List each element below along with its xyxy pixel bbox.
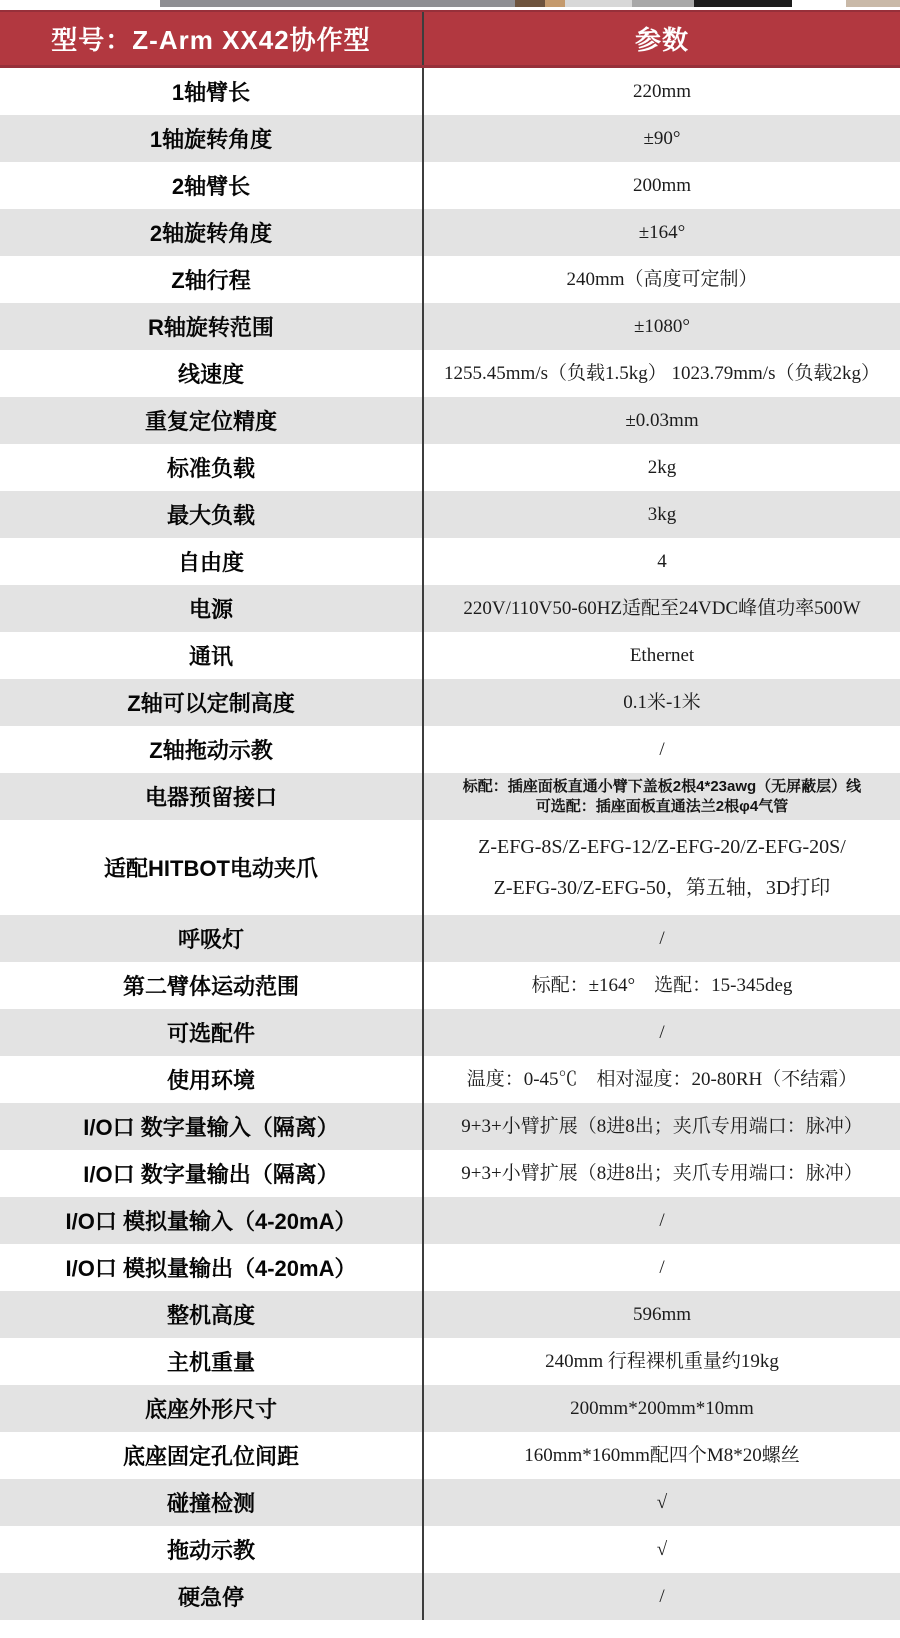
spec-value-line: / bbox=[659, 1585, 664, 1609]
spec-row: 主机重量240mm 行程裸机重量约19kg bbox=[0, 1338, 900, 1385]
spec-value: 240mm 行程裸机重量约19kg bbox=[424, 1338, 900, 1385]
spec-value: / bbox=[424, 1197, 900, 1244]
spec-value-line: / bbox=[659, 1256, 664, 1280]
spec-row: 1轴旋转角度±90° bbox=[0, 115, 900, 162]
spec-row: 可选配件/ bbox=[0, 1009, 900, 1056]
spec-label: 底座外形尺寸 bbox=[0, 1385, 424, 1432]
spec-label: 硬急停 bbox=[0, 1573, 424, 1620]
photo-remnant bbox=[515, 0, 545, 7]
spec-row: 电器预留接口标配：插座面板直通小臂下盖板2根4*23awg（无屏蔽层）线可选配：… bbox=[0, 773, 900, 820]
spec-value-line: 9+3+小臂扩展（8进8出；夹爪专用端口：脉冲） bbox=[461, 1162, 862, 1186]
spec-value-line: ±0.03mm bbox=[625, 409, 698, 433]
spec-row: 碰撞检测√ bbox=[0, 1479, 900, 1526]
spec-value-line: 220mm bbox=[633, 80, 691, 104]
spec-value: ±90° bbox=[424, 115, 900, 162]
spec-row: 底座外形尺寸200mm*200mm*10mm bbox=[0, 1385, 900, 1432]
spec-value-line: 0.1米-1米 bbox=[623, 691, 701, 715]
spec-value: 220mm bbox=[424, 68, 900, 115]
spec-label: 整机高度 bbox=[0, 1291, 424, 1338]
spec-row: 重复定位精度±0.03mm bbox=[0, 397, 900, 444]
spec-value: 200mm bbox=[424, 162, 900, 209]
spec-value: / bbox=[424, 1573, 900, 1620]
photo-remnant bbox=[545, 0, 565, 7]
spec-label: 1轴臂长 bbox=[0, 68, 424, 115]
spec-value: Z-EFG-8S/Z-EFG-12/Z-EFG-20/Z-EFG-20S/Z-E… bbox=[424, 820, 900, 915]
spec-row: 1轴臂长220mm bbox=[0, 68, 900, 115]
spec-row: 拖动示教√ bbox=[0, 1526, 900, 1573]
spec-value-line: / bbox=[659, 738, 664, 762]
spec-label: Z轴行程 bbox=[0, 256, 424, 303]
spec-value-line: 240mm（高度可定制） bbox=[566, 268, 757, 292]
spec-label: I/O口 数字量输入（隔离） bbox=[0, 1103, 424, 1150]
spec-value: 0.1米-1米 bbox=[424, 679, 900, 726]
spec-value-line: 2kg bbox=[648, 456, 677, 480]
spec-label: Z轴可以定制高度 bbox=[0, 679, 424, 726]
spec-label: 主机重量 bbox=[0, 1338, 424, 1385]
spec-value: √ bbox=[424, 1479, 900, 1526]
spec-value: / bbox=[424, 1244, 900, 1291]
spec-value: 240mm（高度可定制） bbox=[424, 256, 900, 303]
spec-value-line: 596mm bbox=[633, 1303, 691, 1327]
spec-value: 9+3+小臂扩展（8进8出；夹爪专用端口：脉冲） bbox=[424, 1103, 900, 1150]
spec-row: 呼吸灯/ bbox=[0, 915, 900, 962]
spec-row: I/O口 数字量输出（隔离）9+3+小臂扩展（8进8出；夹爪专用端口：脉冲） bbox=[0, 1150, 900, 1197]
spec-label: 碰撞检测 bbox=[0, 1479, 424, 1526]
spec-label: 可选配件 bbox=[0, 1009, 424, 1056]
spec-label: 使用环境 bbox=[0, 1056, 424, 1103]
spec-label: I/O口 模拟量输出（4-20mA） bbox=[0, 1244, 424, 1291]
photo-remnant bbox=[632, 0, 694, 7]
spec-value-line: √ bbox=[657, 1538, 667, 1562]
spec-value: 温度：0-45℃ 相对湿度：20-80RH（不结霜） bbox=[424, 1056, 900, 1103]
spec-row: 通讯Ethernet bbox=[0, 632, 900, 679]
spec-table-body: 1轴臂长220mm1轴旋转角度±90°2轴臂长200mm2轴旋转角度±164°Z… bbox=[0, 68, 900, 1620]
spec-value-line: 160mm*160mm配四个M8*20螺丝 bbox=[524, 1444, 800, 1468]
spec-label: 电器预留接口 bbox=[0, 773, 424, 820]
spec-row: I/O口 模拟量输入（4-20mA）/ bbox=[0, 1197, 900, 1244]
spec-value: 3kg bbox=[424, 491, 900, 538]
spec-row: 2轴臂长200mm bbox=[0, 162, 900, 209]
spec-value: 596mm bbox=[424, 1291, 900, 1338]
spec-value-line: / bbox=[659, 1209, 664, 1233]
spec-value: 9+3+小臂扩展（8进8出；夹爪专用端口：脉冲） bbox=[424, 1150, 900, 1197]
photo-remnant bbox=[846, 0, 900, 7]
spec-table: 型号：Z-Arm XX42协作型 参数 1轴臂长220mm1轴旋转角度±90°2… bbox=[0, 10, 900, 1635]
spec-label: I/O口 数字量输出（隔离） bbox=[0, 1150, 424, 1197]
spec-label: 拖动示教 bbox=[0, 1526, 424, 1573]
spec-row: Z轴行程240mm（高度可定制） bbox=[0, 256, 900, 303]
spec-value-line: ±164° bbox=[639, 221, 686, 245]
spec-value: 标配：±164° 选配：15-345deg bbox=[424, 962, 900, 1009]
spec-table-header: 型号：Z-Arm XX42协作型 参数 bbox=[0, 10, 900, 68]
spec-value-line: 1255.45mm/s（负载1.5kg） 1023.79mm/s（负载2kg） bbox=[444, 362, 880, 386]
spec-value: 1255.45mm/s（负载1.5kg） 1023.79mm/s（负载2kg） bbox=[424, 350, 900, 397]
spec-value-line: 4 bbox=[657, 550, 667, 574]
spec-value: 220V/110V50-60HZ适配至24VDC峰值功率500W bbox=[424, 585, 900, 632]
spec-label: 2轴臂长 bbox=[0, 162, 424, 209]
spec-value: / bbox=[424, 726, 900, 773]
spec-row: Z轴可以定制高度0.1米-1米 bbox=[0, 679, 900, 726]
spec-row: I/O口 模拟量输出（4-20mA）/ bbox=[0, 1244, 900, 1291]
spec-row: 最大负载3kg bbox=[0, 491, 900, 538]
spec-row: 使用环境温度：0-45℃ 相对湿度：20-80RH（不结霜） bbox=[0, 1056, 900, 1103]
spec-value-line: 标配：插座面板直通小臂下盖板2根4*23awg（无屏蔽层）线 bbox=[463, 777, 861, 797]
spec-label: 第二臂体运动范围 bbox=[0, 962, 424, 1009]
spec-row: Z轴拖动示教/ bbox=[0, 726, 900, 773]
spec-label: 标准负载 bbox=[0, 444, 424, 491]
header-model-title: 型号：Z-Arm XX42协作型 bbox=[0, 12, 424, 65]
spec-row: 自由度4 bbox=[0, 538, 900, 585]
spec-row: 整机高度596mm bbox=[0, 1291, 900, 1338]
spec-label: R轴旋转范围 bbox=[0, 303, 424, 350]
spec-label: 线速度 bbox=[0, 350, 424, 397]
spec-value-line: / bbox=[659, 927, 664, 951]
spec-label: 底座固定孔位间距 bbox=[0, 1432, 424, 1479]
spec-row: 标准负载2kg bbox=[0, 444, 900, 491]
spec-value: ±164° bbox=[424, 209, 900, 256]
spec-label: 最大负载 bbox=[0, 491, 424, 538]
spec-label: I/O口 模拟量输入（4-20mA） bbox=[0, 1197, 424, 1244]
spec-value-line: 可选配：插座面板直通法兰2根φ4气管 bbox=[536, 797, 788, 817]
spec-label: 2轴旋转角度 bbox=[0, 209, 424, 256]
spec-value: ±1080° bbox=[424, 303, 900, 350]
spec-value-line: 3kg bbox=[648, 503, 677, 527]
spec-label: 自由度 bbox=[0, 538, 424, 585]
spec-value-line: 9+3+小臂扩展（8进8出；夹爪专用端口：脉冲） bbox=[461, 1115, 862, 1139]
spec-value: ±0.03mm bbox=[424, 397, 900, 444]
spec-value: 4 bbox=[424, 538, 900, 585]
spec-label: 电源 bbox=[0, 585, 424, 632]
spec-value-line: 温度：0-45℃ 相对湿度：20-80RH（不结霜） bbox=[467, 1068, 858, 1092]
spec-value: / bbox=[424, 1009, 900, 1056]
spec-row: I/O口 数字量输入（隔离）9+3+小臂扩展（8进8出；夹爪专用端口：脉冲） bbox=[0, 1103, 900, 1150]
spec-row: 第二臂体运动范围标配：±164° 选配：15-345deg bbox=[0, 962, 900, 1009]
spec-value-line: ±1080° bbox=[634, 315, 690, 339]
bottom-whitespace bbox=[0, 1620, 900, 1635]
spec-row: R轴旋转范围±1080° bbox=[0, 303, 900, 350]
photo-remnant bbox=[694, 0, 792, 7]
spec-label: 适配HITBOT电动夹爪 bbox=[0, 820, 424, 915]
spec-label: 通讯 bbox=[0, 632, 424, 679]
spec-label: 重复定位精度 bbox=[0, 397, 424, 444]
spec-value-line: Z-EFG-8S/Z-EFG-12/Z-EFG-20/Z-EFG-20S/ bbox=[478, 835, 846, 860]
spec-value: 标配：插座面板直通小臂下盖板2根4*23awg（无屏蔽层）线可选配：插座面板直通… bbox=[424, 773, 900, 820]
spec-row: 底座固定孔位间距160mm*160mm配四个M8*20螺丝 bbox=[0, 1432, 900, 1479]
spec-row: 2轴旋转角度±164° bbox=[0, 209, 900, 256]
spec-value-line: 200mm*200mm*10mm bbox=[570, 1397, 754, 1421]
photo-remnant bbox=[565, 0, 632, 7]
spec-value: 2kg bbox=[424, 444, 900, 491]
spec-value: Ethernet bbox=[424, 632, 900, 679]
header-params-title: 参数 bbox=[424, 12, 900, 65]
spec-value-line: 240mm 行程裸机重量约19kg bbox=[545, 1350, 779, 1374]
spec-value-line: Ethernet bbox=[630, 644, 694, 668]
spec-row: 电源220V/110V50-60HZ适配至24VDC峰值功率500W bbox=[0, 585, 900, 632]
spec-value-line: 标配：±164° 选配：15-345deg bbox=[532, 974, 793, 998]
top-photo-strip bbox=[0, 0, 900, 10]
spec-value-line: 200mm bbox=[633, 174, 691, 198]
spec-row: 硬急停/ bbox=[0, 1573, 900, 1620]
spec-row: 适配HITBOT电动夹爪Z-EFG-8S/Z-EFG-12/Z-EFG-20/Z… bbox=[0, 820, 900, 915]
spec-label: 1轴旋转角度 bbox=[0, 115, 424, 162]
spec-label: 呼吸灯 bbox=[0, 915, 424, 962]
spec-label: Z轴拖动示教 bbox=[0, 726, 424, 773]
spec-value-line: Z-EFG-30/Z-EFG-50，第五轴，3D打印 bbox=[494, 876, 831, 901]
spec-value: 160mm*160mm配四个M8*20螺丝 bbox=[424, 1432, 900, 1479]
spec-row: 线速度1255.45mm/s（负载1.5kg） 1023.79mm/s（负载2k… bbox=[0, 350, 900, 397]
spec-value: 200mm*200mm*10mm bbox=[424, 1385, 900, 1432]
spec-value: / bbox=[424, 915, 900, 962]
spec-value: √ bbox=[424, 1526, 900, 1573]
photo-remnant bbox=[160, 0, 515, 7]
spec-value-line: 220V/110V50-60HZ适配至24VDC峰值功率500W bbox=[463, 597, 860, 621]
spec-value-line: √ bbox=[657, 1491, 667, 1515]
spec-value-line: ±90° bbox=[643, 127, 680, 151]
spec-value-line: / bbox=[659, 1021, 664, 1045]
